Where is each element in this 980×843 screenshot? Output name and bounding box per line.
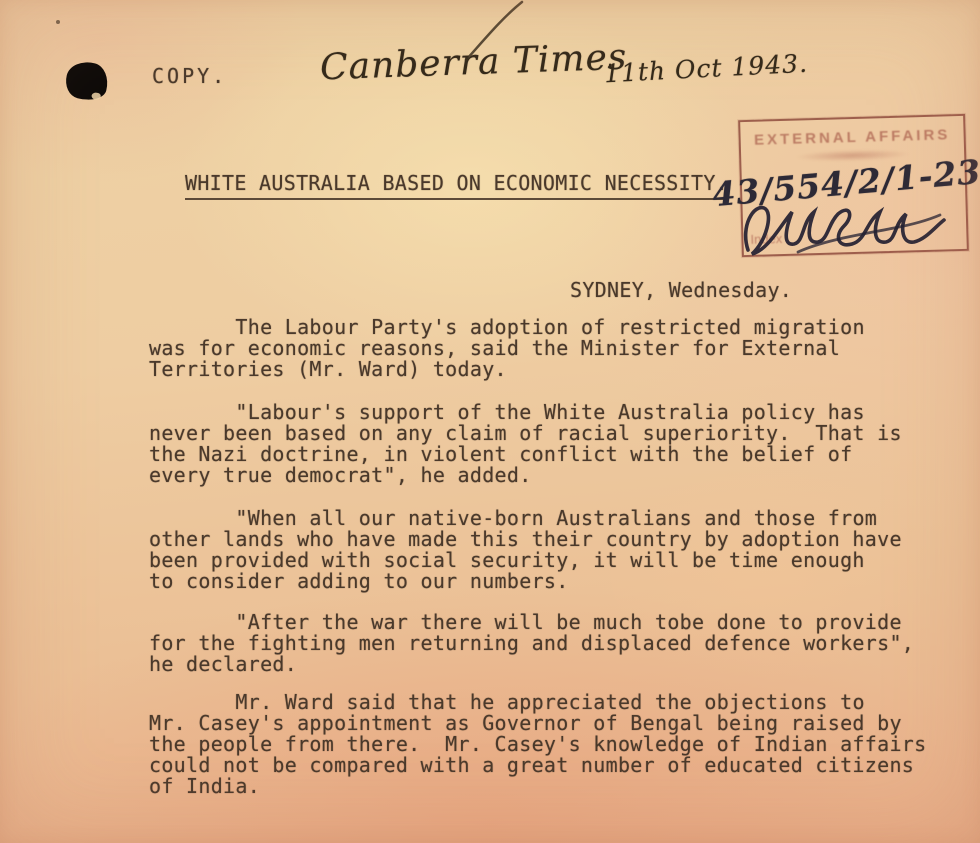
article-dateline: SYDNEY, Wednesday.	[570, 280, 792, 301]
copy-label: COPY.	[152, 66, 227, 87]
stamp-agency-text: EXTERNAL AFFAIRS	[740, 126, 963, 149]
article-paragraph: "When all our native-born Australians an…	[149, 508, 967, 592]
ink-speck-icon	[56, 20, 60, 24]
signature-scrawl-icon	[740, 196, 952, 260]
scanned-document-page: COPY. Canberra Times 11th Oct 1943. WHIT…	[0, 0, 980, 843]
article-headline: WHITE AUSTRALIA BASED ON ECONOMIC NECESS…	[185, 173, 728, 200]
article-paragraph: The Labour Party's adoption of restricte…	[149, 317, 967, 380]
article-paragraph: "After the war there will be much tobe d…	[149, 612, 967, 675]
article-paragraph: Mr. Ward said that he appreciated the ob…	[149, 692, 967, 797]
ink-blot-icon	[62, 57, 112, 104]
handwritten-date: 11th Oct 1943.	[603, 49, 808, 89]
article-paragraph: "Labour's support of the White Australia…	[149, 402, 967, 486]
pen-flourish-stroke-icon	[438, 0, 528, 62]
